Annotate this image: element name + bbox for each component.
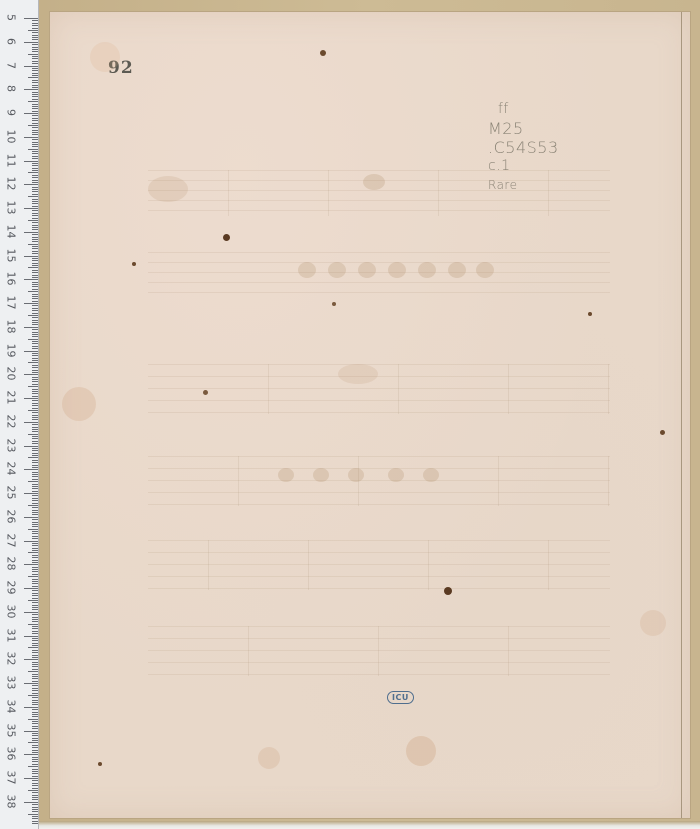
ruler-label: 11: [5, 151, 18, 169]
ruler-label: 20: [5, 365, 18, 383]
bottom-edge: [38, 821, 700, 829]
ruler-tick: [32, 586, 38, 587]
ruler-tick: [28, 742, 38, 743]
ruler-tick: [28, 481, 38, 482]
ruler-label: 26: [5, 507, 18, 525]
ruler-tick: [32, 85, 38, 86]
ruler-tick: [32, 70, 38, 71]
ruler-tick: [32, 607, 38, 608]
ruler-tick: [32, 82, 38, 83]
ruler-tick: [32, 538, 38, 539]
ruler-tick: [32, 628, 38, 629]
ruler-tick: [32, 560, 38, 561]
ruler-tick: [32, 49, 38, 50]
ruler-tick: [32, 726, 38, 727]
ruler-tick: [32, 130, 38, 131]
ruler-label: 37: [5, 769, 18, 787]
ruler-tick: [32, 355, 38, 356]
ruler-tick: [32, 389, 38, 390]
ruler-tick: [32, 450, 38, 451]
ruler-tick: [32, 652, 38, 653]
ruler-tick: [24, 18, 38, 19]
ruler-tick: [32, 419, 38, 420]
ruler-tick: [28, 647, 38, 648]
ruler-label: 7: [5, 56, 18, 74]
ruler-label: 33: [5, 674, 18, 692]
ruler-tick: [32, 750, 38, 751]
ruler-tick: [32, 676, 38, 677]
ruler-tick: [32, 39, 38, 40]
ruler-tick: [32, 153, 38, 154]
ruler-tick: [32, 199, 38, 200]
ruler-tick: [28, 790, 38, 791]
ruler-tick: [32, 201, 38, 202]
foxing-spot: [660, 430, 665, 435]
ruler-tick: [32, 773, 38, 774]
ruler-tick: [32, 134, 38, 135]
ruler-label: 15: [5, 246, 18, 264]
ruler-tick: [32, 704, 38, 705]
ruler-tick: [32, 488, 38, 489]
ruler-tick: [32, 393, 38, 394]
ruler-tick: [32, 657, 38, 658]
ruler-tick: [32, 821, 38, 822]
ruler-tick: [32, 479, 38, 480]
ruler-tick: [32, 764, 38, 765]
ruler-label: 21: [5, 389, 18, 407]
ruler-tick: [32, 123, 38, 124]
ruler-tick: [32, 94, 38, 95]
ruler-tick: [24, 541, 38, 542]
ruler-tick: [32, 507, 38, 508]
ruler-tick: [32, 460, 38, 461]
ruler-tick: [32, 92, 38, 93]
ruler-tick: [32, 788, 38, 789]
ruler-tick: [32, 500, 38, 501]
ruler-tick: [32, 809, 38, 810]
ruler-tick: [28, 457, 38, 458]
ruler-tick: [24, 256, 38, 257]
ruler-tick: [24, 398, 38, 399]
ruler-tick: [32, 343, 38, 344]
ruler-tick: [32, 441, 38, 442]
ruler-tick: [28, 267, 38, 268]
ruler-tick: [24, 422, 38, 423]
ruler-tick: [24, 184, 38, 185]
stain: [640, 610, 666, 636]
ruler-label: 9: [5, 104, 18, 122]
ruler-tick: [32, 73, 38, 74]
ruler-tick: [28, 505, 38, 506]
ruler-tick: [32, 484, 38, 485]
ruler-tick: [32, 467, 38, 468]
ruler-tick: [32, 381, 38, 382]
ruler-tick: [24, 42, 38, 43]
call-number-line: .C54S53: [488, 138, 559, 157]
foxing-spot: [203, 390, 208, 395]
ruler-tick: [32, 35, 38, 36]
ruler-tick: [32, 370, 38, 371]
ruler-tick: [32, 681, 38, 682]
ruler-tick: [32, 593, 38, 594]
document-page: 92 ff M25 .C54S53 c.1 Rare: [50, 12, 690, 818]
ruler-tick: [28, 196, 38, 197]
ruler-tick: [24, 564, 38, 565]
ruler-tick: [32, 189, 38, 190]
ruler-tick: [32, 804, 38, 805]
ruler-tick: [28, 291, 38, 292]
ruler-tick: [32, 341, 38, 342]
ruler-tick: [32, 643, 38, 644]
ruler-tick: [32, 329, 38, 330]
ruler-tick: [32, 75, 38, 76]
bleedthrough-system-3: [148, 364, 610, 414]
ruler-tick: [32, 400, 38, 401]
ruler-tick: [32, 619, 38, 620]
ruler-tick: [32, 823, 38, 824]
ruler-tick: [32, 759, 38, 760]
ruler-tick: [32, 144, 38, 145]
ruler-tick: [32, 222, 38, 223]
ruler-label: 24: [5, 460, 18, 478]
ruler-tick: [32, 120, 38, 121]
ruler-tick: [32, 666, 38, 667]
ruler-tick: [28, 576, 38, 577]
ruler-tick: [32, 68, 38, 69]
ruler-tick: [32, 294, 38, 295]
ruler-tick: [32, 757, 38, 758]
ruler-tick: [32, 617, 38, 618]
ruler-tick: [32, 360, 38, 361]
ruler-tick: [32, 605, 38, 606]
call-number-line: ff: [498, 100, 559, 119]
ruler-tick: [32, 645, 38, 646]
ruler-tick: [24, 113, 38, 114]
ruler-tick: [32, 391, 38, 392]
stain: [406, 736, 436, 766]
ruler-tick: [32, 785, 38, 786]
ruler-tick: [32, 20, 38, 21]
ruler-tick: [32, 396, 38, 397]
ruler-tick: [32, 263, 38, 264]
ruler-tick: [32, 37, 38, 38]
ruler-tick: [32, 621, 38, 622]
foxing-spot: [98, 762, 102, 766]
ruler-tick: [32, 260, 38, 261]
ruler-tick: [32, 776, 38, 777]
foxing-spot: [444, 587, 452, 595]
ruler-tick: [32, 168, 38, 169]
ruler-tick: [24, 232, 38, 233]
ruler-tick: [32, 472, 38, 473]
ruler-tick: [32, 716, 38, 717]
ruler-tick: [32, 638, 38, 639]
ruler-tick: [32, 555, 38, 556]
ruler-tick: [32, 557, 38, 558]
ruler-tick: [32, 115, 38, 116]
ruler-tick: [32, 685, 38, 686]
ruler-tick: [32, 550, 38, 551]
ruler-tick: [32, 346, 38, 347]
ruler-tick: [32, 745, 38, 746]
ruler-tick: [32, 142, 38, 143]
ruler-tick: [32, 498, 38, 499]
bleedthrough-system-2: [148, 252, 610, 298]
ruler-tick: [32, 602, 38, 603]
ruler-tick: [28, 149, 38, 150]
ruler-tick: [32, 282, 38, 283]
ruler-tick: [32, 714, 38, 715]
stain: [258, 747, 280, 769]
ruler-tick: [32, 650, 38, 651]
ruler-tick: [28, 125, 38, 126]
ruler-tick: [32, 633, 38, 634]
ruler-tick: [32, 465, 38, 466]
ruler-tick: [32, 417, 38, 418]
stain: [62, 387, 96, 421]
ruler-tick: [32, 63, 38, 64]
ruler-tick: [32, 275, 38, 276]
ruler-tick: [28, 814, 38, 815]
ruler-tick: [32, 104, 38, 105]
ruler-tick: [28, 434, 38, 435]
ruler-tick: [32, 320, 38, 321]
ruler-tick: [32, 203, 38, 204]
ruler-tick: [32, 664, 38, 665]
call-number-line: M25: [488, 119, 559, 138]
ruler-tick: [32, 669, 38, 670]
ruler-tick: [32, 372, 38, 373]
ruler-tick: [32, 543, 38, 544]
ruler-tick: [32, 609, 38, 610]
ruler-tick: [32, 562, 38, 563]
ruler-tick: [32, 61, 38, 62]
ruler-tick: [28, 600, 38, 601]
ruler-tick: [32, 583, 38, 584]
ruler-tick: [32, 747, 38, 748]
ruler-tick: [32, 28, 38, 29]
ruler-label: 27: [5, 531, 18, 549]
ruler-tick: [32, 503, 38, 504]
ruler-tick: [32, 579, 38, 580]
ruler-tick: [24, 374, 38, 375]
ruler-tick: [32, 514, 38, 515]
ruler-tick: [32, 590, 38, 591]
ruler-label: 38: [5, 792, 18, 810]
stain: [90, 42, 120, 72]
ruler-tick: [32, 526, 38, 527]
ruler-tick: [24, 731, 38, 732]
ruler-tick: [32, 569, 38, 570]
ruler-tick: [24, 588, 38, 589]
ruler-tick: [32, 807, 38, 808]
ruler-tick: [32, 234, 38, 235]
ruler-tick: [32, 476, 38, 477]
ruler-label: 34: [5, 697, 18, 715]
ruler-tick: [32, 56, 38, 57]
ruler-tick: [32, 146, 38, 147]
ruler-tick: [32, 270, 38, 271]
ruler-tick: [28, 529, 38, 530]
ruler-tick: [32, 405, 38, 406]
ruler-tick: [32, 531, 38, 532]
ruler-tick: [32, 227, 38, 228]
ruler-tick: [32, 96, 38, 97]
ruler-tick: [32, 296, 38, 297]
ruler-tick: [24, 659, 38, 660]
ruler-tick: [32, 412, 38, 413]
ruler-tick: [32, 491, 38, 492]
ruler-tick: [32, 735, 38, 736]
ruler-tick: [32, 431, 38, 432]
ruler-tick: [32, 246, 38, 247]
ruler-tick: [32, 182, 38, 183]
ruler-tick: [32, 427, 38, 428]
ruler-tick: [32, 545, 38, 546]
ruler-tick: [32, 453, 38, 454]
bleedthrough-system-1: [148, 170, 610, 216]
ruler-tick: [28, 719, 38, 720]
ruler-tick: [32, 80, 38, 81]
ruler-tick: [32, 709, 38, 710]
ruler-label: 17: [5, 294, 18, 312]
ruler-tick: [32, 206, 38, 207]
ruler-tick: [32, 265, 38, 266]
ruler-tick: [32, 571, 38, 572]
ruler-tick: [32, 225, 38, 226]
ruler-tick: [32, 336, 38, 337]
ruler-tick: [28, 339, 38, 340]
ruler-tick: [32, 408, 38, 409]
ruler-tick: [32, 436, 38, 437]
ruler-tick: [32, 712, 38, 713]
ruler-tick: [32, 574, 38, 575]
ruler-tick: [28, 671, 38, 672]
ruler-tick: [32, 308, 38, 309]
ruler-tick: [32, 455, 38, 456]
ruler-label: 36: [5, 745, 18, 763]
ruler-tick: [24, 303, 38, 304]
ruler-tick: [32, 474, 38, 475]
ruler-tick: [32, 740, 38, 741]
ruler-label: 14: [5, 222, 18, 240]
ruler-tick: [32, 723, 38, 724]
ruler-tick: [32, 519, 38, 520]
ruler-tick: [32, 301, 38, 302]
ruler-label: 29: [5, 579, 18, 597]
ruler-tick: [32, 284, 38, 285]
ruler-tick: [32, 239, 38, 240]
bleedthrough-system-5: [148, 540, 610, 590]
ruler-tick: [28, 410, 38, 411]
ruler-tick: [24, 161, 38, 162]
ruler-tick: [32, 443, 38, 444]
ruler-tick: [32, 289, 38, 290]
ruler-tick: [32, 251, 38, 252]
ruler-tick: [28, 315, 38, 316]
ruler-tick: [32, 44, 38, 45]
ruler-tick: [32, 194, 38, 195]
bleedthrough-system-4: [148, 456, 610, 506]
ruler-label: 6: [5, 32, 18, 50]
ruler-tick: [28, 172, 38, 173]
foxing-spot: [132, 262, 136, 266]
ruler-tick: [32, 248, 38, 249]
ruler-tick: [32, 438, 38, 439]
ruler-tick: [32, 415, 38, 416]
ruler-tick: [28, 77, 38, 78]
ruler-tick: [24, 327, 38, 328]
ruler-tick: [32, 674, 38, 675]
ruler-tick: [32, 175, 38, 176]
ruler-tick: [32, 795, 38, 796]
ruler-tick: [32, 697, 38, 698]
ruler-tick: [24, 89, 38, 90]
ruler-tick: [32, 533, 38, 534]
ruler-tick: [32, 298, 38, 299]
ruler-tick: [28, 386, 38, 387]
ruler-tick: [32, 367, 38, 368]
foxing-spot: [588, 312, 592, 316]
measurement-ruler: 5678910111213141516171819202122232425262…: [0, 0, 39, 829]
ruler-tick: [24, 493, 38, 494]
ruler-tick: [28, 766, 38, 767]
ruler-tick: [32, 334, 38, 335]
ruler-tick: [32, 313, 38, 314]
ruler-tick: [32, 132, 38, 133]
ruler-tick: [32, 187, 38, 188]
ruler-tick: [24, 517, 38, 518]
ruler-tick: [32, 462, 38, 463]
foxing-spot: [223, 234, 230, 241]
ruler-tick: [32, 702, 38, 703]
ruler-tick: [32, 58, 38, 59]
ruler-tick: [32, 108, 38, 109]
ruler-tick: [32, 688, 38, 689]
ruler-label: 32: [5, 650, 18, 668]
ruler-tick: [32, 213, 38, 214]
ruler-tick: [28, 695, 38, 696]
ruler-tick: [32, 322, 38, 323]
ruler-tick: [32, 47, 38, 48]
ruler-label: 35: [5, 721, 18, 739]
ruler-tick: [32, 358, 38, 359]
foxing-spot: [332, 302, 336, 306]
ruler-tick: [32, 118, 38, 119]
ruler-tick: [32, 332, 38, 333]
library-stamp: ICU: [387, 691, 414, 704]
ruler-tick: [32, 818, 38, 819]
ruler-tick: [32, 127, 38, 128]
ruler-label: 8: [5, 80, 18, 98]
ruler-label: 10: [5, 127, 18, 145]
ruler-tick: [32, 769, 38, 770]
ruler-tick: [32, 548, 38, 549]
ruler-tick: [32, 163, 38, 164]
ruler-tick: [32, 693, 38, 694]
ruler-tick: [24, 351, 38, 352]
bleedthrough-system-6: [148, 626, 610, 676]
ruler-tick: [32, 51, 38, 52]
ruler-tick: [32, 353, 38, 354]
ruler-tick: [32, 797, 38, 798]
ruler-label: 31: [5, 626, 18, 644]
ruler-tick: [28, 362, 38, 363]
ruler-tick: [32, 165, 38, 166]
ruler-tick: [28, 220, 38, 221]
ruler-tick: [32, 524, 38, 525]
ruler-tick: [32, 305, 38, 306]
